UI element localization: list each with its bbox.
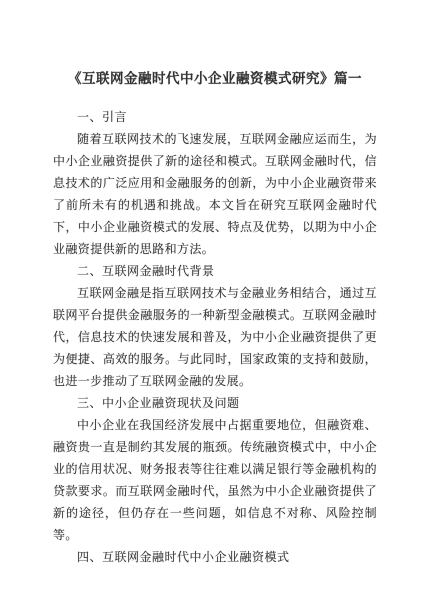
- document-title: 《互联网金融时代中小企业融资模式研究》篇一: [53, 68, 377, 90]
- section-background: 二、互联网金融时代背景 互联网金融是指互联网技术与金融业务相结合，通过互联网平台…: [53, 260, 377, 392]
- section-heading-introduction: 一、引言: [53, 106, 377, 128]
- section-introduction: 一、引言 随着互联网技术的飞速发展，互联网金融应运而生，为中小企业融资提供了新的…: [53, 106, 377, 260]
- paragraph-background: 互联网金融是指互联网技术与金融业务相结合，通过互联网平台提供金融服务的一种新型金…: [53, 282, 377, 392]
- document-page: 《互联网金融时代中小企业融资模式研究》篇一 一、引言 随着互联网技术的飞速发展，…: [0, 0, 424, 600]
- paragraph-current-status-problems: 中小企业在我国经济发展中占据重要地位，但融资难、融资贵一直是制约其发展的瓶颈。传…: [53, 414, 377, 546]
- paragraph-introduction: 随着互联网技术的飞速发展，互联网金融应运而生，为中小企业融资提供了新的途径和模式…: [53, 128, 377, 260]
- section-current-status-problems: 三、中小企业融资现状及问题 中小企业在我国经济发展中占据重要地位，但融资难、融资…: [53, 392, 377, 546]
- section-heading-background: 二、互联网金融时代背景: [53, 260, 377, 282]
- section-financing-models: 四、互联网金融时代中小企业融资模式: [53, 546, 377, 568]
- section-heading-financing-models: 四、互联网金融时代中小企业融资模式: [53, 546, 377, 568]
- section-heading-current-status-problems: 三、中小企业融资现状及问题: [53, 392, 377, 414]
